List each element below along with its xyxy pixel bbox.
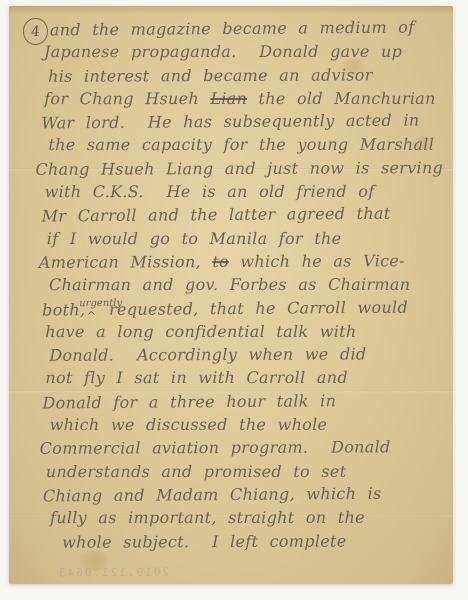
text-segment: Donald for a three hour talk in [42, 391, 336, 412]
text-segment: fully as important, straight on the [50, 508, 365, 527]
text-segment: the same capacity for the young Marshall [48, 135, 434, 154]
text-segment: whole subject. I left complete [62, 531, 346, 551]
handwritten-text: and the magazine became a medium ofJapan… [9, 16, 453, 554]
text-line: not fly I sat in with Carroll and [9, 366, 453, 390]
text-segment: which he as Vice- [229, 251, 405, 271]
text-segment: the old Manchurian [247, 89, 436, 108]
text-segment: Donald. Accordingly when we did [49, 345, 366, 365]
text-line: both,^urgently requested, that he Carrol… [9, 295, 453, 322]
text-line: understands and promised to set [10, 459, 453, 483]
text-line: have a long confidential talk with [9, 320, 453, 344]
text-segment: War lord. He has subsequently acted in [41, 111, 419, 133]
photo-background: 4 and the magazine became a medium ofJap… [0, 0, 468, 600]
text-line: American Mission, to which he as Vice- [9, 249, 453, 274]
accession-number-stamp: 2019.121.0643 [57, 566, 169, 580]
text-line: Commercial aviation program. Donald [10, 435, 453, 460]
text-line: if I would go to Manila for the [9, 226, 453, 250]
text-segment: Commercial aviation program. Donald [40, 438, 391, 459]
text-line: Mr Carroll and the latter agreed that [9, 202, 453, 229]
text-line: Donald. Accordingly when we did [9, 342, 453, 367]
text-line: with C.K.S. He is an old friend of [9, 180, 453, 204]
text-line: Chiang and Madam Chiang, which is [10, 481, 453, 508]
text-segment: with C.K.S. He is an old friend of [45, 182, 375, 201]
letter-page: 4 and the magazine became a medium ofJap… [9, 6, 453, 584]
struck-word: to [212, 252, 229, 271]
text-segment: Chiang and Madam Chiang, which is [43, 484, 382, 506]
text-line: whole subject. I left complete [10, 529, 453, 554]
text-segment: his interest and became an advisor [48, 65, 373, 85]
text-segment: if I would go to Manila for the [47, 229, 342, 248]
text-line: War lord. He has subsequently acted in [9, 108, 452, 135]
text-line: and the magazine became a medium of [9, 15, 452, 42]
text-segment: requested, that he Carroll would [98, 297, 408, 318]
text-line: fully as important, straight on the [10, 506, 453, 530]
text-segment: American Mission, [39, 252, 212, 272]
text-segment: Japanese propaganda. Donald gave up [44, 42, 402, 61]
text-line: Chang Hsueh Liang and just now is servin… [9, 156, 453, 181]
text-segment: and the magazine became a medium of [50, 18, 415, 40]
text-line: Japanese propaganda. Donald gave up [9, 40, 452, 64]
text-segment: which we discussed the whole [50, 415, 328, 434]
inserted-word-text: urgently [79, 291, 122, 315]
text-segment: have a long confidential talk with [45, 322, 356, 341]
struck-word: Lian [210, 89, 247, 108]
text-segment: Chang Hsueh Liang and just now is servin… [35, 158, 443, 179]
text-line: his interest and became an advisor [9, 63, 452, 88]
paper-top-edge [9, 6, 453, 15]
text-segment: understands and promised to set [46, 462, 347, 481]
text-line: the same capacity for the young Marshall [9, 133, 452, 157]
text-segment: Mr Carroll and the latter agreed that [42, 204, 391, 226]
text-segment: for Chang Hsueh [44, 89, 210, 108]
text-segment: not fly I sat in with Carroll and [45, 368, 347, 387]
text-line: which we discussed the whole [10, 413, 453, 437]
text-line: Donald for a three hour talk in [9, 388, 453, 415]
text-line: Chairman and gov. Forbes as Chairman [9, 273, 453, 297]
text-line: for Chang Hsueh Lian the old Manchurian [9, 87, 452, 111]
